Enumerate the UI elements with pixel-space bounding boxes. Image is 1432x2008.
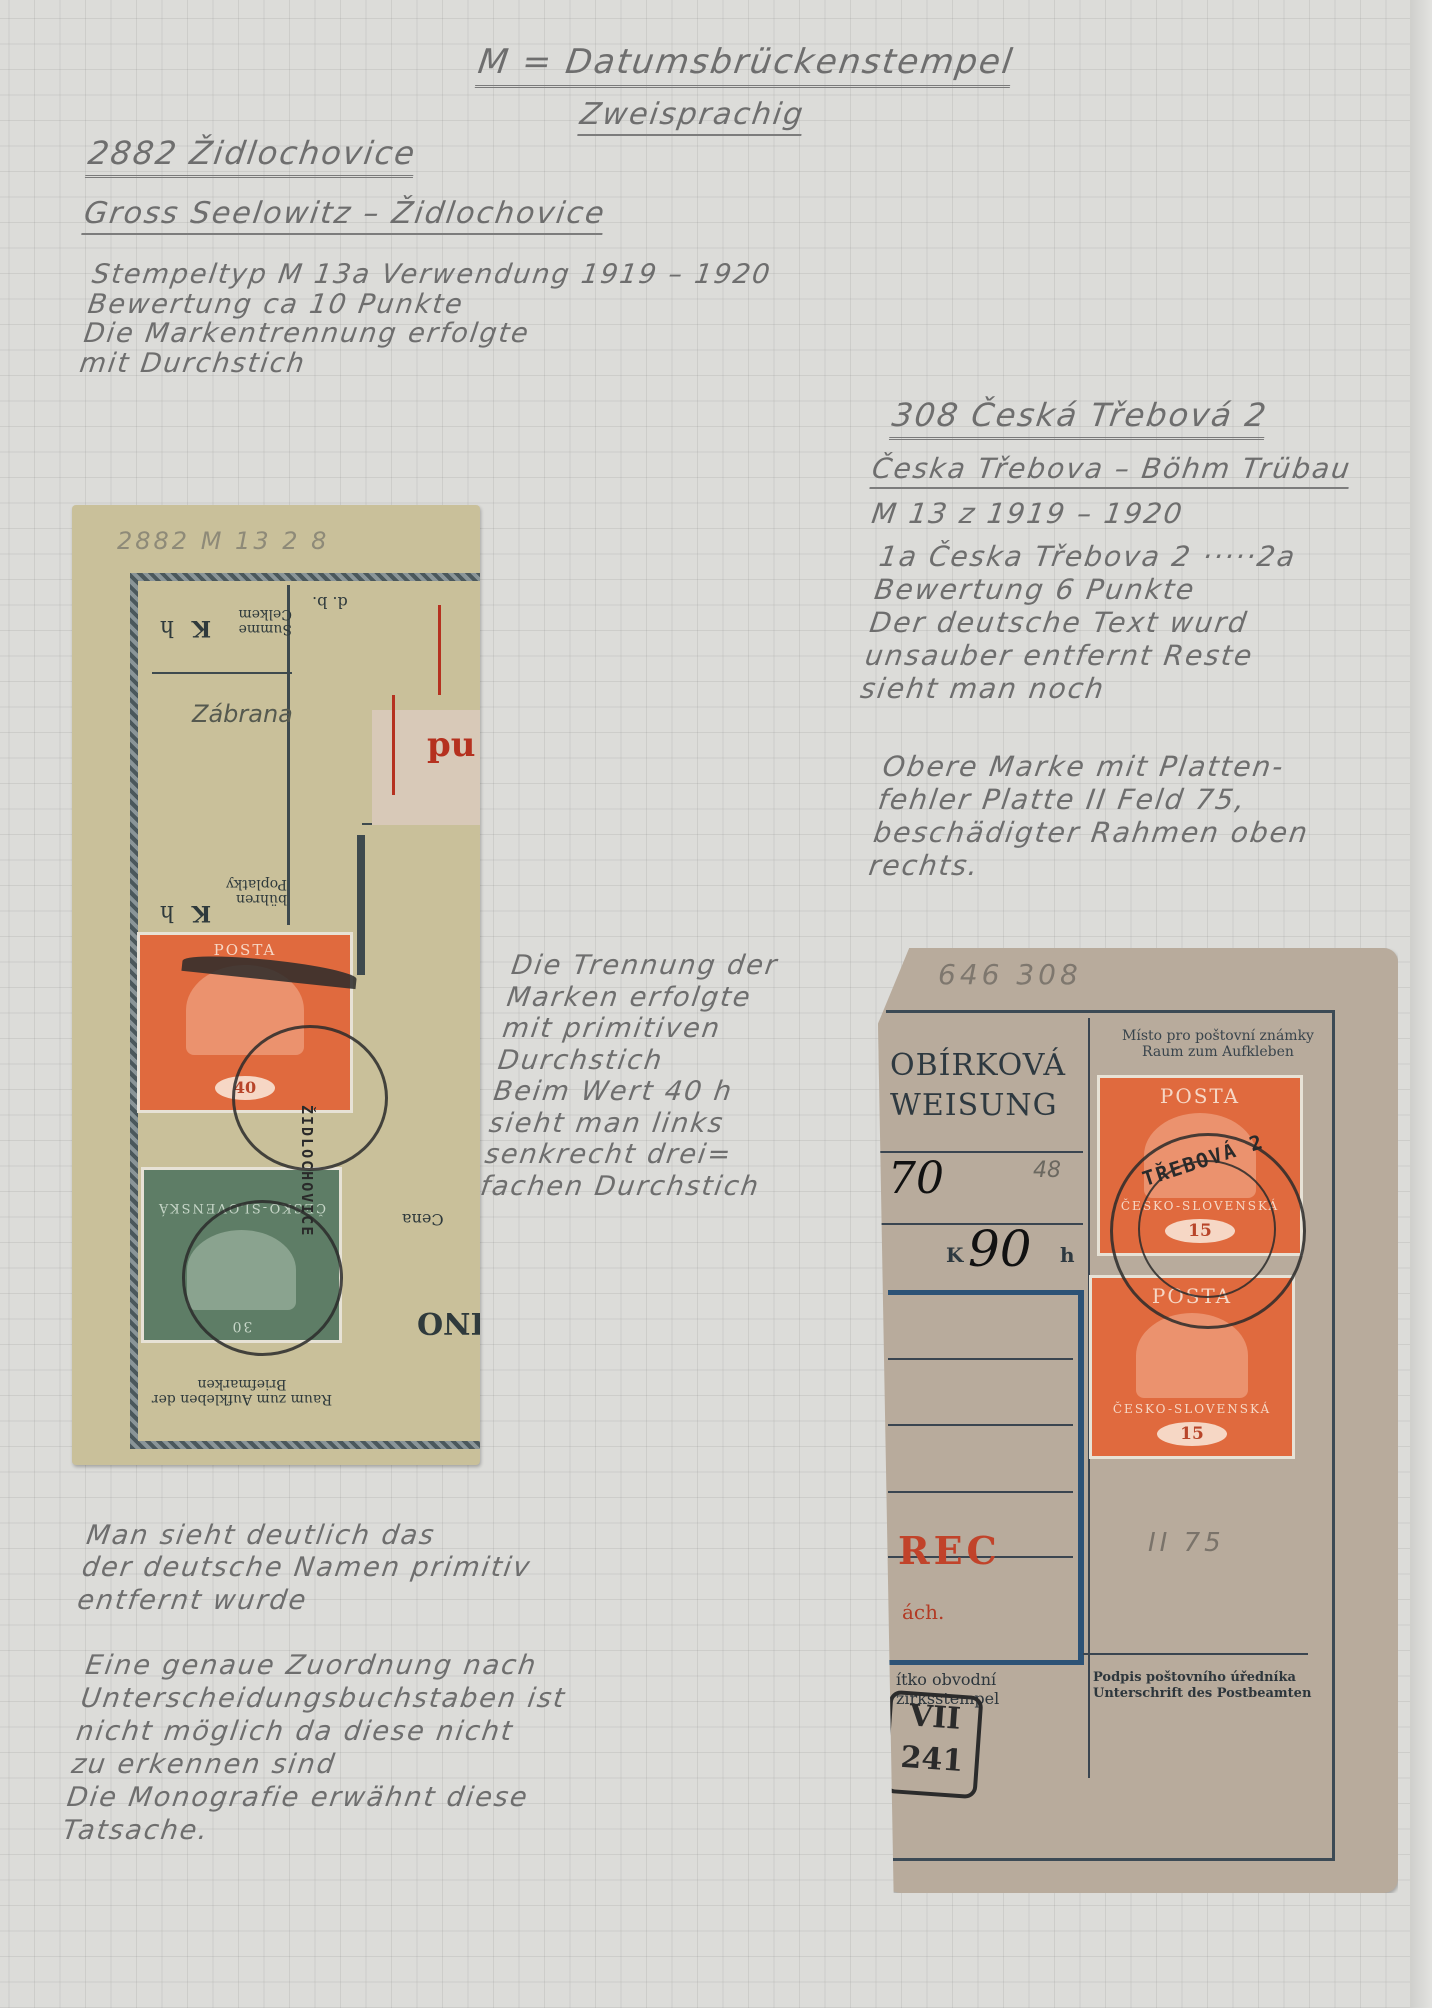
page-edge <box>1410 0 1432 2008</box>
blue-divider <box>888 1660 1083 1665</box>
inverted-text: INO <box>417 1305 480 1340</box>
note-line: Obere Marke mit Platten- <box>881 750 1321 783</box>
bottom-notes-1: Man sieht deutlich das der deutsche Name… <box>75 1520 538 1617</box>
note-line: zu erkennen sind <box>69 1749 559 1782</box>
note-line: mit primitiven <box>500 1013 784 1045</box>
note-line: Bewertung 6 Punkte <box>872 573 1294 606</box>
signature-label: Podpis poštovního úředníka Unterschrift … <box>1093 1670 1311 1701</box>
note-line: Bewertung ca 10 Punkte <box>86 290 769 320</box>
ach-text: ách. <box>902 1600 944 1624</box>
note-line: Man sieht deutlich das <box>84 1520 538 1552</box>
left-postal-fragment: 2882 M 13 2 8 Summe Celkem K h d. b. büh… <box>72 505 480 1465</box>
right-entry-type: M 13 z 1919 – 1920 <box>870 497 1186 530</box>
note-line: fehler Platte II Feld 75, <box>876 783 1316 816</box>
page-heading: M = Datumsbrückenstempel <box>475 42 1017 88</box>
stamp-value: 15 <box>1157 1422 1227 1446</box>
form-title-german: WEISUNG <box>890 1088 1058 1123</box>
note-line: Der deutsche Text wurd <box>868 606 1290 639</box>
blue-divider <box>888 1290 1083 1295</box>
note-line: Durchstich <box>496 1045 780 1077</box>
red-bar <box>438 605 441 695</box>
amount-2: 90 <box>968 1220 1032 1278</box>
stamp-label-bottom: ČESKO-SLOVENSKÁ <box>1092 1402 1292 1416</box>
right-entry-notes: 1a Česka Třebova 2 ·····2a Bewertung 6 P… <box>858 540 1298 705</box>
divider <box>1083 1653 1308 1655</box>
note-line: Stempeltyp M 13a Verwendung 1919 – 1920 <box>90 260 773 290</box>
gebuehren-label: bühren Poplatky <box>222 875 287 906</box>
summe-label: Summe Celkem <box>222 605 292 636</box>
cena-label: Cena <box>402 1210 444 1229</box>
note-line: mit Durchstich <box>78 349 761 379</box>
boxed-cancel-line: VII <box>890 1694 979 1742</box>
divider <box>888 1358 1073 1360</box>
note-line: sieht man noch <box>858 672 1280 705</box>
stamp-box-header-cz: Místo pro poštovní známky <box>1108 1028 1328 1044</box>
note-line: senkrecht drei= <box>483 1139 767 1171</box>
boxed-cancel-line: 241 <box>888 1736 977 1784</box>
note-line: nicht möglich da diese nicht <box>74 1716 564 1749</box>
divider <box>152 672 292 674</box>
rec-label: REC <box>898 1528 1001 1573</box>
right-entry-subtitle: Česka Třebova – Böhm Trübau <box>869 452 1353 489</box>
page-subheading: Zweisprachig <box>577 97 807 136</box>
divider <box>888 1491 1073 1493</box>
left-entry-subtitle: Gross Seelowitz – Židlochovice <box>81 196 608 235</box>
note-line: Unterscheidungsbuchstaben ist <box>79 1683 569 1716</box>
note-line: entfernt wurde <box>75 1585 529 1617</box>
note-line: der deutsche Namen primitiv <box>80 1552 534 1584</box>
amount-2-currency-k: K <box>946 1243 963 1267</box>
signature-label-cz: Podpis poštovního úředníka <box>1093 1670 1311 1686</box>
note-line: rechts. <box>867 849 1307 882</box>
form-title-czech: OBÍRKOVÁ <box>890 1048 1066 1083</box>
note-line: 1a Česka Třebova 2 ·····2a <box>877 540 1299 573</box>
note-line: beschädigter Rahmen oben <box>871 816 1311 849</box>
note-line: Die Markentrennung erfolgte <box>82 319 765 349</box>
note-line: Die Trennung der <box>509 950 793 982</box>
left-entry-title: 2882 Židlochovice <box>85 134 419 178</box>
currency-h-2: h <box>160 900 174 925</box>
note-line: fachen Durchstich <box>478 1171 762 1203</box>
note-line: Die Monografie erwähnt diese <box>65 1782 555 1815</box>
handwritten-name: Zábrana <box>192 700 293 728</box>
amount-1-pencil: 48 <box>1033 1158 1061 1183</box>
separation-notes: Die Trennung der Marken erfolgte mit pri… <box>478 950 793 1203</box>
stamp-space-label: Raum zum Aufkleben der Briefmarken <box>147 1375 337 1406</box>
bottom-notes-2: Eine genaue Zuordnung nach Unterscheidun… <box>60 1650 573 1848</box>
stamp-label: POSTA <box>140 941 350 959</box>
db-label: d. b. <box>312 593 348 612</box>
currency-k-2: K <box>192 900 211 926</box>
stamp-box-header: Místo pro poštovní známky Raum zum Aufkl… <box>1108 1028 1328 1060</box>
amount-2-currency-h: h <box>1060 1243 1075 1267</box>
currency-h: h <box>160 615 174 640</box>
signature-label-de: Unterschrift des Postbeamten <box>1093 1686 1311 1702</box>
album-page: M = Datumsbrückenstempel Zweisprachig 28… <box>0 0 1432 2008</box>
note-line: sieht man links <box>487 1108 771 1140</box>
postmark-circle <box>182 1200 343 1356</box>
red-text-fragment: pu <box>427 725 476 765</box>
divider <box>357 835 365 975</box>
stamp-box-header-de: Raum zum Aufkleben <box>1108 1044 1328 1060</box>
right-postal-fragment: 646 308 OBÍRKOVÁ WEISUNG Místo pro pošto… <box>878 948 1398 1893</box>
right-entry-notes-2: Obere Marke mit Platten- fehler Platte I… <box>867 750 1321 882</box>
boxed-cancel: VII 241 <box>883 1690 984 1799</box>
divider <box>888 1424 1073 1426</box>
plate-position-note: II 75 <box>1148 1528 1225 1558</box>
amount-1: 70 <box>888 1153 944 1204</box>
red-bar <box>392 695 395 795</box>
divider <box>1088 1018 1090 1778</box>
note-line: Tatsache. <box>60 1815 550 1848</box>
note-line: Eine genaue Zuordnung nach <box>83 1650 573 1683</box>
note-line: Marken erfolgte <box>505 982 789 1014</box>
pencil-catalog-id: 646 308 <box>938 958 1082 991</box>
currency-k: K <box>192 615 211 641</box>
left-entry-notes: Stempeltyp M 13a Verwendung 1919 – 1920 … <box>78 260 774 379</box>
blue-divider <box>1078 1290 1084 1665</box>
postmark-text: ŽIDLOCHOVICE <box>298 1105 316 1237</box>
right-entry-title: 308 Česká Třebová 2 <box>889 396 1270 440</box>
pencil-catalog-id: 2882 M 13 2 8 <box>117 527 329 555</box>
stamp-label-top: POSTA <box>1100 1084 1300 1108</box>
note-line: Beim Wert 40 h <box>492 1076 776 1108</box>
note-line: unsauber entfernt Reste <box>863 639 1285 672</box>
district-label-cz: ítko obvodní <box>896 1670 999 1689</box>
